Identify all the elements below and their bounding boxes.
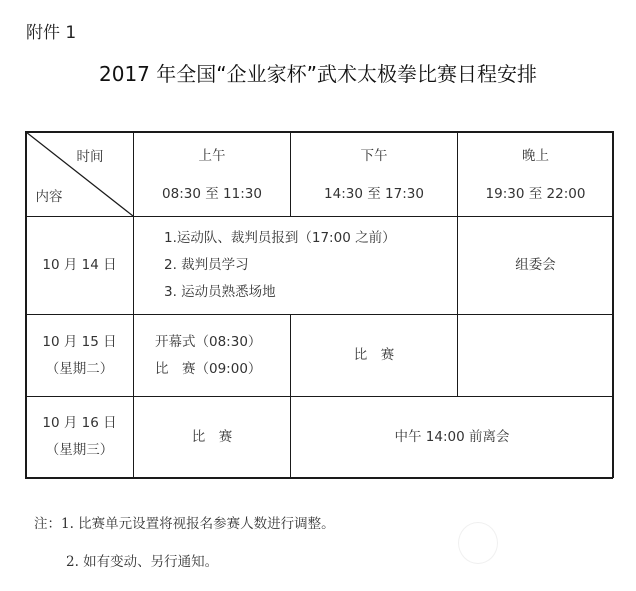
row-oct14-evening: 组委会 xyxy=(458,217,613,314)
row-oct16-date: 10 月 16 日 （星期三） xyxy=(26,397,133,477)
watermark-stamp xyxy=(458,522,498,564)
activity-item: 比 赛（09:00） xyxy=(155,356,261,383)
table-border-bottom xyxy=(25,477,613,479)
header-evening: 晚上 19:30 至 22:00 xyxy=(458,137,613,213)
schedule-table: 时间 内容 上午 08:30 至 11:30 下午 14:30 至 17:30 … xyxy=(25,131,613,478)
afternoon-text: 比 赛 xyxy=(354,342,395,369)
row-oct15-evening xyxy=(458,315,613,396)
date-text: 10 月 15 日 xyxy=(42,329,116,356)
header-morning-time: 08:30 至 11:30 xyxy=(162,181,262,208)
row-oct14-day-activities: 1.运动队、裁判员报到（17:00 之前） 2. 裁判员学习 3. 运动员熟悉场… xyxy=(164,217,454,314)
row-oct15-date: 10 月 15 日 （星期二） xyxy=(26,315,133,396)
header-afternoon-label: 下午 xyxy=(361,143,388,170)
note-2: 2. 如有变动、另行通知。 xyxy=(34,550,335,570)
activity-item: 3. 运动员熟悉场地 xyxy=(164,279,276,306)
morning-text: 比 赛 xyxy=(192,424,233,451)
evening-text: 组委会 xyxy=(515,252,556,279)
header-morning-label: 上午 xyxy=(199,143,226,170)
activity-item: 1.运动队、裁判员报到（17:00 之前） xyxy=(164,225,396,252)
header-evening-label: 晚上 xyxy=(522,143,549,170)
date-text: 10 月 16 日 xyxy=(42,410,116,437)
attachment-label: 附件 1 xyxy=(26,18,76,43)
corner-time-label: 时间 xyxy=(65,143,115,167)
weekday-text: （星期三） xyxy=(46,437,114,464)
row-oct15-afternoon: 比 赛 xyxy=(291,315,457,396)
header-afternoon-time: 14:30 至 17:30 xyxy=(324,181,424,208)
row-oct15-morning: 开幕式（08:30） 比 赛（09:00） xyxy=(155,315,290,396)
header-evening-time: 19:30 至 22:00 xyxy=(486,181,586,208)
header-afternoon: 下午 14:30 至 17:30 xyxy=(291,137,457,213)
notes: 注：1. 比赛单元设置将视报名参赛人数进行调整。 2. 如有变动、另行通知。 xyxy=(34,512,335,570)
header-morning: 上午 08:30 至 11:30 xyxy=(134,137,290,213)
activity-item: 2. 裁判员学习 xyxy=(164,252,249,279)
page-title: 2017 年全国“企业家杯”武术太极拳比赛日程安排 xyxy=(0,58,636,87)
departure-text: 中午 14:00 前离会 xyxy=(395,424,510,451)
row-oct14-date: 10 月 14 日 xyxy=(26,217,133,314)
note-1: 注：1. 比赛单元设置将视报名参赛人数进行调整。 xyxy=(34,512,335,532)
date-text: 10 月 14 日 xyxy=(42,252,116,279)
corner-content-label: 内容 xyxy=(27,183,71,207)
weekday-text: （星期二） xyxy=(46,356,114,383)
activity-item: 开幕式（08:30） xyxy=(155,329,261,356)
row-oct16-afternoon-evening: 中午 14:00 前离会 xyxy=(291,397,613,477)
row-oct16-morning: 比 赛 xyxy=(134,397,290,477)
